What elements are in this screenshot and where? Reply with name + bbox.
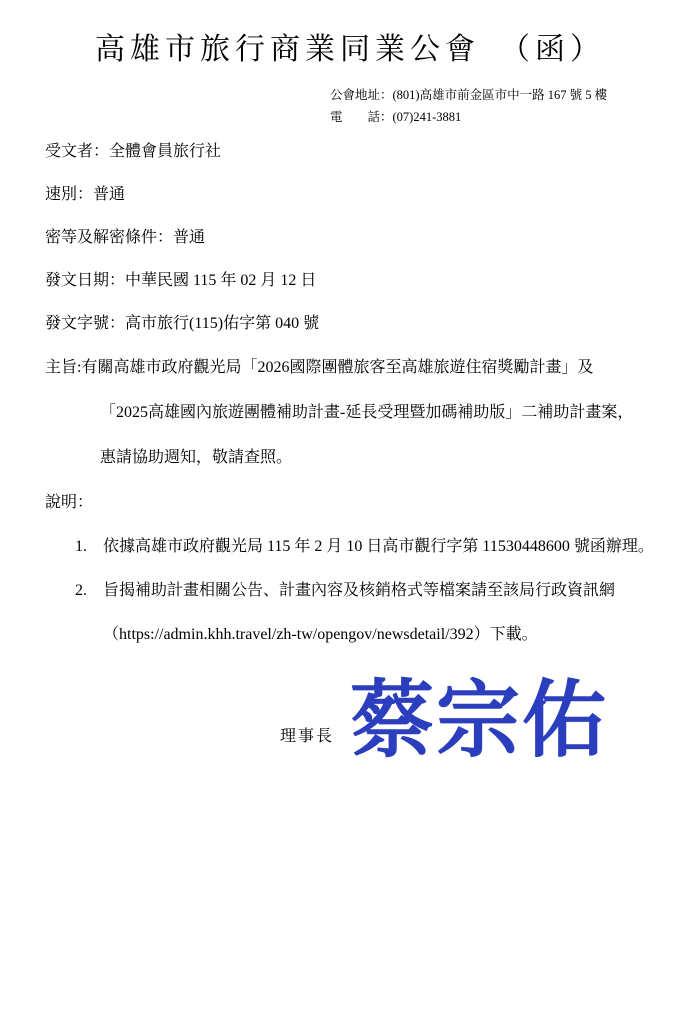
list-item-number: 1. [75,525,103,569]
signature-block: 理事長 蔡宗佑 [280,662,608,777]
explanation-heading: 說明： [45,480,700,525]
list-item-line: 依據高雄市政府觀光局 115 年 2 月 10 日高市觀行字第 11530448… [103,525,654,569]
subject-line-3: 惠請協助週知，敬請查照。 [45,435,700,480]
list-item-text: 依據高雄市政府觀光局 115 年 2 月 10 日高市觀行字第 11530448… [103,525,654,569]
list-item-line: 旨揭補助計畫相關公告、計畫內容及核銷格式等檔案請至該局行政資訊網 [103,569,615,613]
list-item-number: 2. [75,569,103,657]
speed-line: 速別：普通 [45,173,700,216]
letter-page: 高雄市旅行商業同業公會 （函） 公會地址：(801)高雄市前金區市中一路 167… [0,0,700,1024]
list-item: 2. 旨揭補助計畫相關公告、計畫內容及核銷格式等檔案請至該局行政資訊網 （htt… [75,569,700,657]
subject-section: 主旨:有關高雄市政府觀光局「2026國際團體旅客至高雄旅遊住宿獎勵計畫」及 「2… [45,345,700,480]
letter-meta: 受文者：全體會員旅行社 速別：普通 密等及解密條件：普通 發文日期：中華民國 1… [45,130,700,345]
letter-title: 高雄市旅行商業同業公會 （函） [0,0,700,68]
issue-date-line: 發文日期：中華民國 115 年 02 月 12 日 [45,259,700,302]
reference-number-line: 發文字號：高市旅行(115)佑字第 040 號 [45,302,700,345]
chairman-signature: 蔡宗佑 [350,662,608,777]
association-contact-info: 公會地址：(801)高雄市前金區市中一路 167 號 5 樓 電 話：(07)2… [330,84,700,128]
association-phone: 電 話：(07)241-3881 [330,106,700,128]
subject-line-2: 「2025高雄國內旅遊團體補助計畫-延長受理暨加碼補助版」二補助計畫案， [45,390,700,435]
list-item-line: （https://admin.khh.travel/zh-tw/opengov/… [103,613,615,657]
list-item: 1. 依據高雄市政府觀光局 115 年 2 月 10 日高市觀行字第 11530… [75,525,700,569]
recipient-line: 受文者：全體會員旅行社 [45,130,700,173]
subject-line-1: 主旨:有關高雄市政府觀光局「2026國際團體旅客至高雄旅遊住宿獎勵計畫」及 [45,345,700,390]
association-address: 公會地址：(801)高雄市前金區市中一路 167 號 5 樓 [330,84,700,106]
chairman-title-label: 理事長 [280,693,334,746]
security-line: 密等及解密條件：普通 [45,216,700,259]
explanation-section: 說明： 1. 依據高雄市政府觀光局 115 年 2 月 10 日高市觀行字第 1… [45,480,700,657]
list-item-text: 旨揭補助計畫相關公告、計畫內容及核銷格式等檔案請至該局行政資訊網 （https:… [103,569,615,657]
